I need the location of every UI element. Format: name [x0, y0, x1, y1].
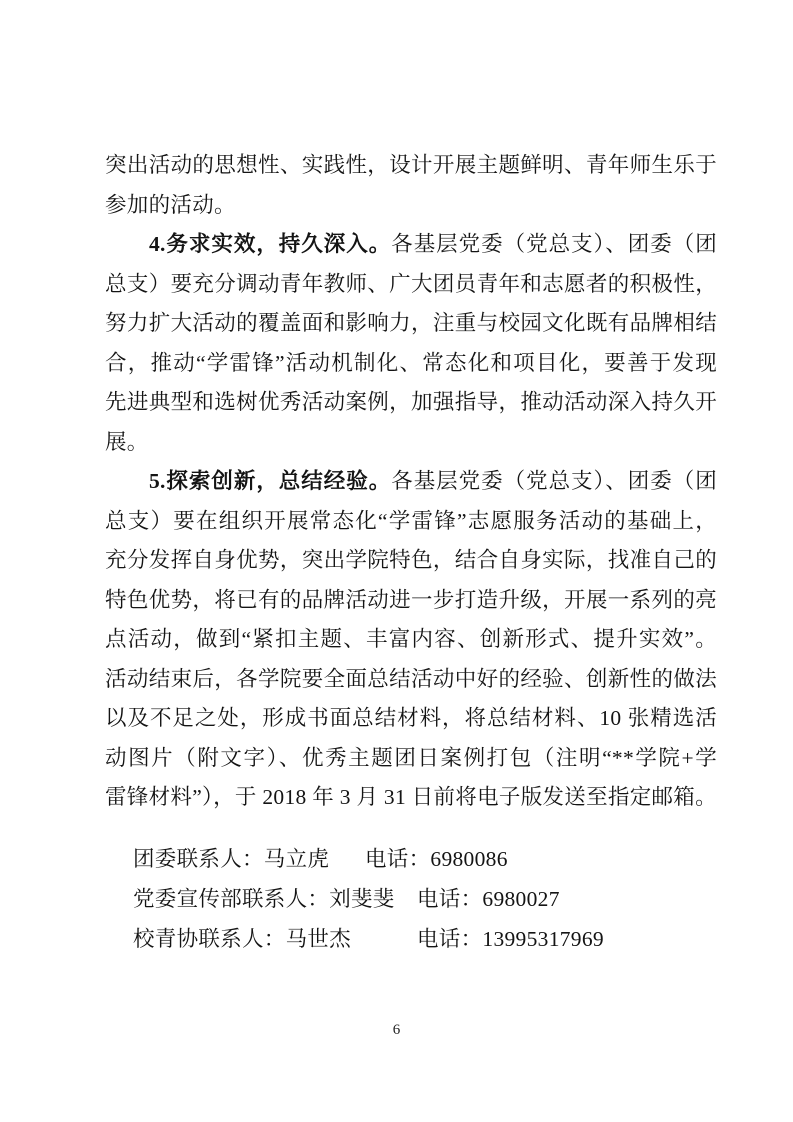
body-line: 先进典型和选树优秀活动案例，加强指导，推动活动深入持久开: [105, 383, 717, 423]
body-line: 以及不足之处，形成书面总结材料，将总结材料、10 张精选活: [105, 699, 717, 739]
body-line-text: 各基层党委（党总支）、团委（团: [391, 469, 717, 493]
body-line: 参加的活动。: [105, 186, 717, 226]
contact-name: 团委联系人：马立虎: [133, 839, 365, 879]
body-line-text: 合，推动“学雷锋”活动机制化、常态化和项目化，要善于发现: [105, 351, 717, 375]
body-line-text: 各基层党委（党总支）、团委（团: [391, 232, 717, 256]
contact-name: 党委宣传部联系人：刘斐斐: [133, 879, 417, 919]
body-line: 合，推动“学雷锋”活动机制化、常态化和项目化，要善于发现: [105, 344, 717, 384]
contact-block: 团委联系人：马立虎电话：6980086 党委宣传部联系人：刘斐斐电话：69800…: [105, 839, 717, 959]
body-line: 努力扩大活动的覆盖面和影响力，注重与校园文化既有品牌相结: [105, 304, 717, 344]
body-line-text: 参加的活动。: [105, 193, 236, 217]
body-line-heading-5: 5.探索创新，总结经验。各基层党委（党总支）、团委（团: [105, 462, 717, 502]
body-line-text: 特色优势，将已有的品牌活动进一步打造升级，开展一系列的亮: [105, 588, 717, 612]
body-line: 活动结束后，各学院要全面总结活动中好的经验、创新性的做法: [105, 660, 717, 700]
body-line: 点活动，做到“紧扣主题、丰富内容、创新形式、提升实效”。: [105, 620, 717, 660]
body-line: 特色优势，将已有的品牌活动进一步打造升级，开展一系列的亮: [105, 581, 717, 621]
body-line-text: 以及不足之处，形成书面总结材料，将总结材料、10 张精选活: [105, 706, 717, 730]
body-line-text: 点活动，做到“紧扣主题、丰富内容、创新形式、提升实效”。: [105, 627, 717, 651]
contact-phone: 电话：6980027: [417, 887, 560, 911]
body-line-text: 总支）要充分调动青年教师、广大团员青年和志愿者的积极性，: [105, 272, 717, 296]
body-line: 总支）要充分调动青年教师、广大团员青年和志愿者的积极性，: [105, 265, 717, 305]
body-line: 动图片（附文字）、优秀主题团日案例打包（注明“**学院+学: [105, 739, 717, 779]
contact-phone: 电话：6980086: [365, 847, 508, 871]
contact-line-qingxie: 校青协联系人：马世杰电话：13995317969: [133, 919, 717, 959]
body-line-text: 展。: [105, 430, 149, 454]
document-page: 突出活动的思想性、实践性，设计开展主题鲜明、青年师生乐于 参加的活动。 4.务求…: [0, 0, 793, 1122]
body-line-text: 突出活动的思想性、实践性，设计开展主题鲜明、青年师生乐于: [105, 153, 717, 177]
body-line: 总支）要在组织开展常态化“学雷锋”志愿服务活动的基础上，: [105, 502, 717, 542]
heading-bold-text: 5.探索创新，总结经验。: [149, 469, 391, 493]
body-line-text: 充分发挥自身优势，突出学院特色，结合自身实际，找准自己的: [105, 548, 717, 572]
contact-name: 校青协联系人：马世杰: [133, 919, 417, 959]
body-line-text: 先进典型和选树优秀活动案例，加强指导，推动活动深入持久开: [105, 390, 717, 414]
body-line-text: 总支）要在组织开展常态化“学雷锋”志愿服务活动的基础上，: [105, 509, 717, 533]
body-line-text: 活动结束后，各学院要全面总结活动中好的经验、创新性的做法: [105, 667, 717, 691]
heading-bold-text: 4.务求实效，持久深入。: [149, 232, 391, 256]
body-line-text: 动图片（附文字）、优秀主题团日案例打包（注明“**学院+学: [105, 746, 717, 770]
document-body: 突出活动的思想性、实践性，设计开展主题鲜明、青年师生乐于 参加的活动。 4.务求…: [105, 146, 717, 959]
body-line: 充分发挥自身优势，突出学院特色，结合自身实际，找准自己的: [105, 541, 717, 581]
body-line-text: 努力扩大活动的覆盖面和影响力，注重与校园文化既有品牌相结: [105, 311, 717, 335]
contact-line-dangwei: 党委宣传部联系人：刘斐斐电话：6980027: [133, 879, 717, 919]
body-line: 雷锋材料”），于 2018 年 3 月 31 日前将电子版发送至指定邮箱。: [105, 778, 717, 818]
body-line: 展。: [105, 423, 717, 463]
body-line-heading-4: 4.务求实效，持久深入。各基层党委（党总支）、团委（团: [105, 225, 717, 265]
body-line: 突出活动的思想性、实践性，设计开展主题鲜明、青年师生乐于: [105, 146, 717, 186]
contact-line-tuanwei: 团委联系人：马立虎电话：6980086: [133, 839, 717, 879]
body-line-text: 雷锋材料”），于 2018 年 3 月 31 日前将电子版发送至指定邮箱。: [105, 785, 717, 809]
contact-phone: 电话：13995317969: [417, 927, 604, 951]
page-number: 6: [0, 1022, 793, 1039]
